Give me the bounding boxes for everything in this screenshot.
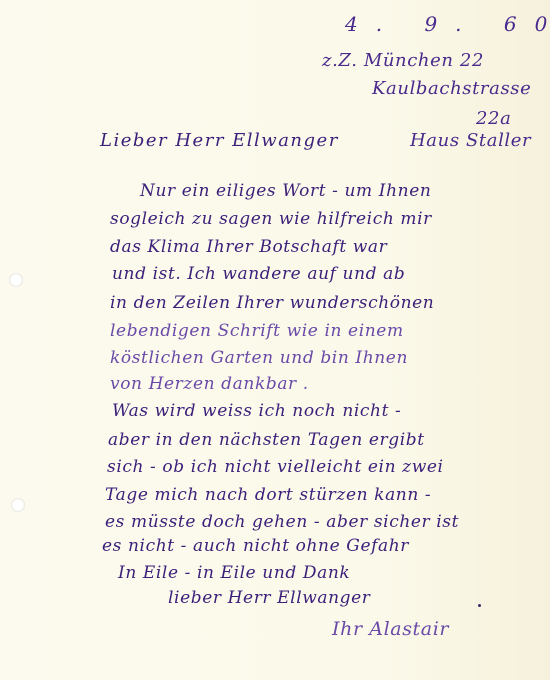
closing-line-2: lieber Herr Ellwanger bbox=[168, 590, 371, 607]
body-line-6: lebendigen Schrift wie in einem bbox=[110, 323, 404, 340]
body-line-2: sogleich zu sagen wie hilfreich mir bbox=[110, 211, 432, 228]
body-line-12: Tage mich nach dort stürzen kann - bbox=[105, 487, 431, 504]
ink-dot bbox=[478, 604, 481, 607]
punch-hole-bottom bbox=[11, 498, 25, 512]
letter-street: Kaulbachstrasse bbox=[372, 80, 531, 98]
letter-place: z.Z. München 22 bbox=[322, 52, 484, 70]
body-line-7: köstlichen Garten und bin Ihnen bbox=[110, 350, 408, 367]
body-line-8: von Herzen dankbar . bbox=[110, 376, 309, 393]
body-line-3: das Klima Ihrer Botschaft war bbox=[110, 239, 387, 256]
signature: Ihr Alastair bbox=[332, 620, 449, 639]
letter-house-name: Haus Staller bbox=[410, 132, 531, 150]
body-line-1: Nur ein eiliges Wort - um Ihnen bbox=[140, 183, 431, 200]
body-line-10: aber in den nächsten Tagen ergibt bbox=[108, 432, 425, 449]
letter-date: 4. 9. 60 bbox=[345, 14, 550, 34]
punch-hole-top bbox=[9, 273, 23, 287]
body-line-5: in den Zeilen Ihrer wunderschönen bbox=[110, 295, 434, 312]
body-line-14: es nicht - auch nicht ohne Gefahr bbox=[102, 538, 409, 555]
body-line-13: es müsste doch gehen - aber sicher ist bbox=[105, 514, 459, 531]
body-line-4: und ist. Ich wandere auf und ab bbox=[112, 266, 405, 283]
letter-house-number: 22a bbox=[476, 110, 511, 128]
letter-salutation: Lieber Herr Ellwanger bbox=[100, 132, 339, 150]
letter-page: 4. 9. 60 z.Z. München 22 Kaulbachstrasse… bbox=[0, 0, 550, 680]
body-line-11: sich - ob ich nicht vielleicht ein zwei bbox=[107, 459, 444, 476]
body-line-9: Was wird weiss ich noch nicht - bbox=[112, 403, 401, 420]
closing-line-1: In Eile - in Eile und Dank bbox=[118, 565, 350, 582]
